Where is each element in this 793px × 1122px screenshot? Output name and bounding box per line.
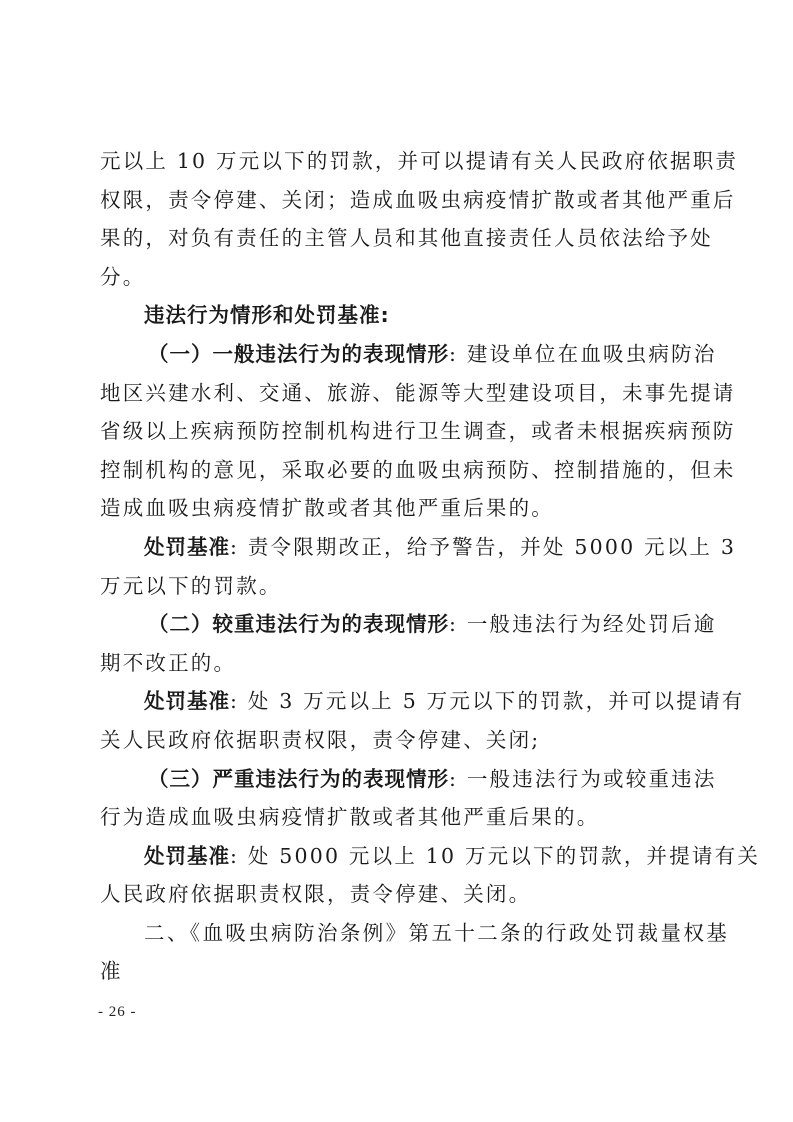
penalty-serious: 处罚基准: 处 3 万元以上 5 万元以下的罚款，并可以提请有 关人民政府依据职… xyxy=(100,682,688,759)
case-label: （二）较重违法行为的表现情形 xyxy=(148,612,449,636)
text-line: 造成血吸虫病疫情扩散或者其他严重后果的。 xyxy=(100,489,688,528)
section-heading: 违法行为情形和处罚基准: xyxy=(100,296,688,335)
text-line: 分。 xyxy=(100,258,688,297)
case-text: : 建设单位在血吸虫病防治 xyxy=(449,342,717,366)
penalty-label: 处罚基准 xyxy=(144,535,230,559)
text-line: 期不改正的。 xyxy=(100,644,688,683)
text-line: 处罚基准: 责令限期改正，给予警告，并处 5000 元以上 3 xyxy=(100,528,688,567)
case-serious: （二）较重违法行为的表现情形: 一般违法行为经处罚后逾 期不改正的。 xyxy=(100,605,688,682)
penalty-general: 处罚基准: 责令限期改正，给予警告，并处 5000 元以上 3 万元以下的罚款。 xyxy=(100,528,688,605)
text-line: 元以上 10 万元以下的罚款，并可以提请有关人民政府依据职责 xyxy=(100,142,688,181)
text-line: （二）较重违法行为的表现情形: 一般违法行为经处罚后逾 xyxy=(100,605,688,644)
section-two-heading: 二、《血吸虫病防治条例》第五十二条的行政处罚裁量权基 准 xyxy=(100,914,688,991)
text-line: 权限，责令停建、关闭；造成血吸虫病疫情扩散或者其他严重后 xyxy=(100,181,688,220)
text-line: 行为造成血吸虫病疫情扩散或者其他严重后果的。 xyxy=(100,798,688,837)
penalty-label: 处罚基准 xyxy=(144,844,230,868)
page-number: - 26 - xyxy=(98,1004,137,1021)
text-line: （三）严重违法行为的表现情形: 一般违法行为或较重违法 xyxy=(100,760,688,799)
text-line: 地区兴建水利、交通、旅游、能源等大型建设项目，未事先提请 xyxy=(100,374,688,413)
case-severe: （三）严重违法行为的表现情形: 一般违法行为或较重违法 行为造成血吸虫病疫情扩散… xyxy=(100,760,688,837)
penalty-text: : 处 3 万元以上 5 万元以下的罚款，并可以提请有 xyxy=(230,689,744,713)
text-line: 省级以上疾病预防控制机构进行卫生调查，或者未根据疾病预防 xyxy=(100,412,688,451)
case-general: （一）一般违法行为的表现情形: 建设单位在血吸虫病防治 地区兴建水利、交通、旅游… xyxy=(100,335,688,528)
text-line: 关人民政府依据职责权限，责令停建、关闭; xyxy=(100,721,688,760)
penalty-label: 处罚基准 xyxy=(144,689,230,713)
text-line: （一）一般违法行为的表现情形: 建设单位在血吸虫病防治 xyxy=(100,335,688,374)
case-text: : 一般违法行为或较重违法 xyxy=(449,767,717,791)
text-line: 万元以下的罚款。 xyxy=(100,567,688,606)
text-line: 处罚基准: 处 3 万元以上 5 万元以下的罚款，并可以提请有 xyxy=(100,682,688,721)
text-line: 控制机构的意见，采取必要的血吸虫病预防、控制措施的，但未 xyxy=(100,451,688,490)
text-line: 果的，对负有责任的主管人员和其他直接责任人员依法给予处 xyxy=(100,219,688,258)
case-label: （三）严重违法行为的表现情形 xyxy=(148,767,449,791)
text-line: 准 xyxy=(100,952,688,991)
paragraph-continuation: 元以上 10 万元以下的罚款，并可以提请有关人民政府依据职责 权限，责令停建、关… xyxy=(100,142,688,296)
penalty-text: : 责令限期改正，给予警告，并处 5000 元以上 3 xyxy=(230,535,736,559)
document-page: 元以上 10 万元以下的罚款，并可以提请有关人民政府依据职责 权限，责令停建、关… xyxy=(100,142,688,991)
text-line: 二、《血吸虫病防治条例》第五十二条的行政处罚裁量权基 xyxy=(100,914,688,953)
penalty-severe: 处罚基准: 处 5000 元以上 10 万元以下的罚款，并提请有关 人民政府依据… xyxy=(100,837,688,914)
case-text: : 一般违法行为经处罚后逾 xyxy=(449,612,717,636)
text-line: 人民政府依据职责权限，责令停建、关闭。 xyxy=(100,875,688,914)
case-label: （一）一般违法行为的表现情形 xyxy=(148,342,449,366)
text-line: 处罚基准: 处 5000 元以上 10 万元以下的罚款，并提请有关 xyxy=(100,837,688,876)
penalty-text: : 处 5000 元以上 10 万元以下的罚款，并提请有关 xyxy=(230,844,760,868)
